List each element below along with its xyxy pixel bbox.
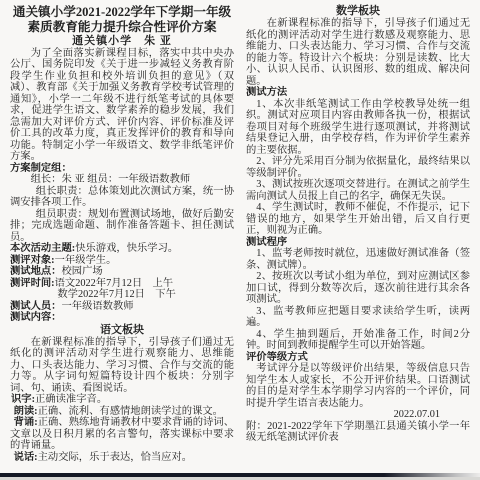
- method-item-4: 4、学生测试时，教师不催促，不作提示，记下错误的地方，如果学生开始出错，后又自行…: [246, 202, 470, 237]
- info-theme-label: 本次活动主题:: [10, 243, 75, 254]
- method-item-3: 3、测试按班次逐项交替进行。在测试之前学生需向测试人员报上自己的名字，确保无失误…: [246, 179, 470, 202]
- procedure-item-3: 3、监考教师应把题目要求读给学生听，读两遍。: [246, 306, 470, 329]
- info-place-value: 校园广场: [61, 266, 102, 277]
- info-staff-label: 测试人员：: [10, 301, 61, 312]
- math-intro: 在新课程标准的指导下，引导孩子们通过无纸化的测评活动对学生进行数感及观察能力、思…: [246, 18, 470, 87]
- info-time-chinese: 语文2022年7月12日 上午: [55, 278, 173, 289]
- method-item-1: 1、本次非纸笔测试工作由学校教导处统一组织。测试对应项目内容由教师各执一份，根据…: [246, 99, 470, 157]
- leader-duty: 组长职责：总体策划此次测试方案，统一协调安排各项工作。: [10, 186, 234, 209]
- left-column: 通关镇小学2021-2022学年下学期一年级素质教育能力提升综合性评价方案 通关…: [10, 5, 234, 463]
- chinese-item-shizi-text: 正确读准字音。: [35, 394, 107, 405]
- intro-paragraph: 为了全面落实新课程目标，落实中共中央办公厅、国务院印发《关于进一步减轻义务教育阶…: [10, 48, 234, 163]
- grading-heading: 评价等级方式: [246, 352, 470, 364]
- plan-group-heading: 方案制定组：: [10, 163, 234, 175]
- info-time: 测评时间:语文2022年7月12日 上午: [10, 278, 234, 290]
- chinese-item-shuohua: 说话:主动交际，乐于表达，恰当应对。: [10, 452, 234, 464]
- info-place-label: 测试地点：: [10, 266, 61, 277]
- right-column: 数学板块 在新课程标准的指导下，引导孩子们通过无纸化的测评活动对学生进行数感及观…: [246, 5, 470, 463]
- info-staff-value: 一年级语数教师: [61, 301, 133, 312]
- chinese-item-beisong: 背诵:正确、熟练地背诵教材中要求背诵的诗词、文章以及日积月累的名言警句，落实课标…: [10, 417, 234, 452]
- grading-body: 考试评分是以等级评价出结果，等级信息只告知学生本人或家长，不公开评价结果。口语测…: [246, 363, 470, 409]
- method-heading: 测试方法: [246, 87, 470, 99]
- method-item-2: 2、评分先采用百分制为依据量化，最终结果以等级制评价。: [246, 156, 470, 179]
- document-title: 通关镇小学2021-2022学年下学期一年级素质教育能力提升综合性评价方案: [10, 5, 234, 35]
- two-column-layout: 通关镇小学2021-2022学年下学期一年级素质教育能力提升综合性评价方案 通关…: [0, 0, 480, 463]
- info-time-math: 数学2022年7月12日 下午: [10, 289, 234, 301]
- content-heading: 测试内容：: [10, 312, 234, 324]
- date: 2022.07.01: [246, 409, 470, 421]
- plan-group-members: 组长：朱 亚 组员：一年级语数教师: [10, 174, 234, 186]
- document-photo: 通关镇小学2021-2022学年下学期一年级素质教育能力提升综合性评价方案 通关…: [0, 0, 480, 480]
- info-target-label: 测评对象:: [10, 255, 55, 266]
- byline: 通关镇小学 朱 亚: [10, 35, 234, 48]
- procedure-heading: 测试程序: [246, 237, 470, 249]
- chinese-section-heading: 语文板块: [10, 324, 234, 337]
- info-theme: 本次活动主题:快乐游戏，快乐学习。: [10, 243, 234, 255]
- attachment-note: 附：2021-2022学年下学期墨江县通关镇小学一年级无纸笔测试评价表: [246, 421, 470, 444]
- info-staff: 测试人员：一年级语数教师: [10, 301, 234, 313]
- info-target: 测评对象:一年级学生。: [10, 255, 234, 267]
- math-section-heading: 数学板块: [246, 5, 470, 18]
- chinese-item-langdu-text: 正确、流利、有感情地朗读学过的课文。: [38, 406, 223, 417]
- procedure-item-4: 4、学生抽到题后，开始准备工作，时间2分钟。时间到教师提醒学生可以开始答题。: [246, 329, 470, 352]
- chinese-item-langdu-label: 朗读:: [14, 406, 38, 417]
- member-duty: 组员职责：规划布置测试场地，做好后勤安排；完成选题命题、制作准备答题卡、担任测试…: [10, 209, 234, 244]
- procedure-item-1: 1、监考老师按时就位，迅速做好测试准备（签条、测试牌）。: [246, 248, 470, 271]
- chinese-item-shizi: 识字:正确读准字音。: [10, 394, 234, 406]
- info-place: 测试地点：校园广场: [10, 266, 234, 278]
- procedure-item-2: 2、按班次以考试小组为单位，到对应测试区参加口试，得到分数等次后，逐次前往进行其…: [246, 271, 470, 306]
- info-theme-value: 快乐游戏，快乐学习。: [75, 243, 178, 254]
- chinese-item-shuohua-label: 说话:: [14, 452, 38, 463]
- info-time-label: 测评时间:: [10, 278, 55, 289]
- chinese-item-beisong-text: 正确、熟练地背诵教材中要求背诵的诗词、文章以及日积月累的名言警句，落实课标中要求…: [10, 417, 234, 451]
- info-target-value: 一年级学生。: [55, 255, 117, 266]
- chinese-intro: 在新课程标准的指导下，引导孩子们通过无纸化的测评活动对学生进行观察能力、思维能力…: [10, 337, 234, 395]
- chinese-item-langdu: 朗读:正确、流利、有感情地朗读学过的课文。: [10, 406, 234, 418]
- chinese-item-beisong-label: 背诵:: [14, 417, 38, 428]
- chinese-item-shizi-label: 识字:: [11, 394, 35, 405]
- chinese-item-shuohua-text: 主动交际，乐于表达，恰当应对。: [38, 452, 192, 463]
